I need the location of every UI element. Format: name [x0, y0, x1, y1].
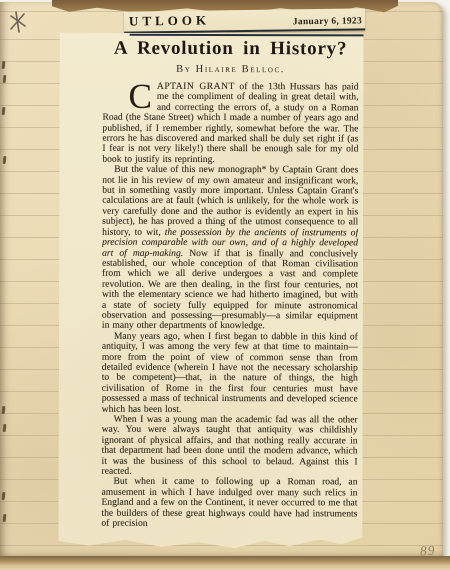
drop-cap: C	[128, 83, 151, 111]
masthead-title: UTLOOK	[129, 12, 210, 29]
article-body: CAPTAIN GRANT of the 13th Hussars has pa…	[101, 82, 358, 530]
article-paragraph: But when it came to following up a Roman…	[101, 477, 357, 530]
article-paragraph: But the value of this new monograph* by …	[102, 165, 358, 332]
paragraph-segment: When I was a young man the academic fad …	[102, 414, 358, 477]
article-paragraph: Many years ago, when I first began to da…	[102, 331, 358, 415]
article-title: A Revolution in History?	[103, 38, 359, 61]
paragraph-segment: But when it came to following up a Roman…	[101, 476, 357, 529]
masthead-clipping: UTLOOK January 6, 1923	[124, 8, 365, 33]
paragraph-segment: Now if that is finally and conclusively …	[102, 247, 358, 331]
masthead-date: January 6, 1923	[293, 16, 362, 27]
page-bottom-edge	[0, 556, 450, 570]
article-paragraph: CAPTAIN GRANT of the 13th Hussars has pa…	[102, 82, 358, 166]
article-paragraph: When I was a young man the academic fad …	[102, 415, 358, 478]
article: A Revolution in History? By Hilaire Bell…	[101, 38, 358, 545]
article-byline: By Hilaire Belloc.	[103, 64, 359, 76]
headline-rule	[130, 34, 364, 37]
article-clipping: A Revolution in History? By Hilaire Bell…	[58, 33, 363, 549]
paragraph-segment: Many years ago, when I first began to da…	[102, 330, 358, 414]
pencil-cross-mark-icon	[7, 9, 29, 35]
